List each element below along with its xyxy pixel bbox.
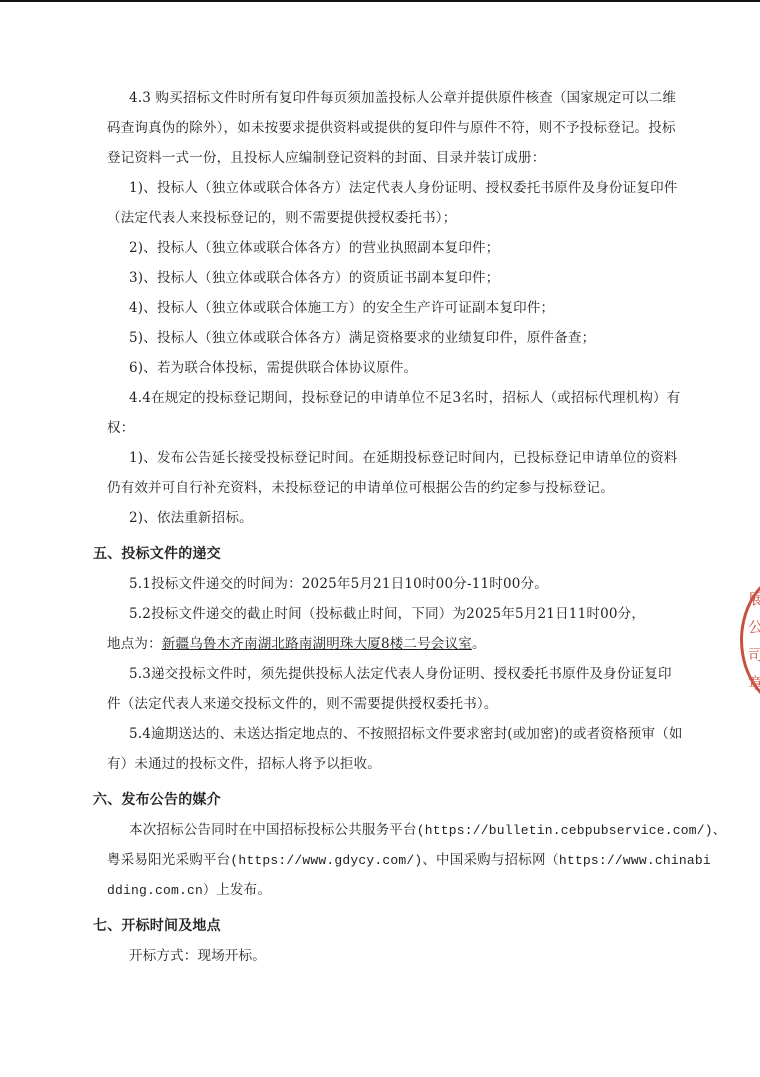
option-2: 2)、依法重新招标。: [107, 503, 673, 533]
period: 。: [472, 636, 486, 652]
paragraph-6-line-1: 本次招标公告同时在中国招标投标公共服务平台(https://bulletin.c…: [107, 815, 673, 845]
section-7-heading: 七、开标时间及地点: [93, 911, 673, 941]
item-5: 5)、投标人（独立体或联合体各方）满足资格要求的业绩复印件，原件备查；: [107, 323, 673, 353]
seal-char: 司: [748, 641, 760, 669]
location-value: 新疆乌鲁木齐南湖北路南湖明珠大厦8楼二号会议室: [162, 636, 472, 652]
media-text: 粤采易阳光采购平台: [107, 852, 230, 868]
paragraph-5-1: 5.1投标文件递交的时间为：2025年5月21日10时00分-11时00分。: [107, 569, 673, 599]
paragraph-4-3-line-1: 4.3 购买招标文件时所有复印件每页须加盖投标人公章并提供原件核查（国家规定可以…: [107, 83, 673, 113]
paragraph-7-1: 开标方式：现场开标。: [107, 941, 673, 971]
media-text: 上发布。: [216, 882, 271, 898]
paragraph-5-4-line-2: 有）未通过的投标文件，招标人将予以拒收。: [107, 749, 673, 779]
item-2: 2)、投标人（独立体或联合体各方）的营业执照副本复印件；: [107, 233, 673, 263]
url-chinabidding-part2: dding.com.cn）: [107, 883, 216, 898]
paragraph-5-3-line-1: 5.3递交投标文件时，须先提供投标人法定代表人身份证明、授权委托书原件及身份证复…: [107, 659, 673, 689]
paragraph-6-line-2: 粤采易阳光采购平台(https://www.gdycy.com/)、中国采购与招…: [107, 845, 673, 875]
paragraph-4-4-line-2: 权：: [107, 413, 673, 443]
url-cebpubservice: (https://bulletin.cebpubservice.com/)、: [417, 823, 726, 838]
paragraph-5-4-line-1: 5.4逾期送达的、未送达指定地点的、不按照招标文件要求密封(或加密)的或者资格预…: [107, 719, 673, 749]
url-gdycy: (https://www.gdycy.com/): [230, 853, 422, 868]
location-label: 地点为：: [107, 636, 162, 652]
item-4: 4)、投标人（独立体或联合体施工方）的安全生产许可证副本复印件；: [107, 293, 673, 323]
item-1-line-2: （法定代表人来投标登记的，则不需要提供授权委托书）；: [107, 203, 673, 233]
item-1-line-1: 1)、投标人（独立体或联合体各方）法定代表人身份证明、授权委托书原件及身份证复印…: [107, 173, 673, 203]
paragraph-5-2-line-2: 地点为：新疆乌鲁木齐南湖北路南湖明珠大厦8楼二号会议室。: [107, 629, 673, 659]
paragraph-4-4-line-1: 4.4在规定的投标登记期间，投标登记的申请单位不足3名时，招标人（或招标代理机构…: [107, 383, 673, 413]
paragraph-4-3-line-3: 登记资料一式一份，且投标人应编制登记资料的封面、目录并装订成册：: [107, 143, 673, 173]
paragraph-4-3-line-2: 码查询真伪的除外），如未按要求提供资料或提供的复印件与原件不符，则不予投标登记。…: [107, 113, 673, 143]
option-1-line-2: 仍有效并可自行补充资料，未投标登记的申请单位可根据公告的约定参与投标登记。: [107, 473, 673, 503]
item-3: 3)、投标人（独立体或联合体各方）的资质证书副本复印件；: [107, 263, 673, 293]
section-6-heading: 六、发布公告的媒介: [93, 785, 673, 815]
media-text: 、中国采购与招标网: [422, 852, 545, 868]
url-chinabidding-part1: （https://www.chinabi: [546, 853, 711, 868]
paragraph-5-2-line-1: 5.2投标文件递交的截止时间（投标截止时间，下同）为2025年5月21日11时0…: [107, 599, 673, 629]
seal-char: 章: [748, 669, 760, 697]
top-border-line: [0, 0, 760, 2]
option-1-line-1: 1)、发布公告延长接受投标登记时间。在延期投标登记时间内，已投标登记申请单位的资…: [107, 443, 673, 473]
item-6: 6)、若为联合体投标，需提供联合体协议原件。: [107, 353, 673, 383]
document-page: 4.3 购买招标文件时所有复印件每页须加盖投标人公章并提供原件核查（国家规定可以…: [107, 83, 673, 971]
seal-char: 公: [748, 613, 760, 641]
paragraph-5-3-line-2: 件（法定代表人来递交投标文件的，则不需要提供授权委托书）。: [107, 689, 673, 719]
section-5-heading: 五、投标文件的递交: [93, 539, 673, 569]
seal-char: 展: [748, 585, 760, 613]
paragraph-6-line-3: dding.com.cn）上发布。: [107, 875, 673, 905]
seal-text: 展 公 司 章: [748, 585, 760, 697]
media-text: 本次招标公告同时在中国招标投标公共服务平台: [129, 822, 417, 838]
